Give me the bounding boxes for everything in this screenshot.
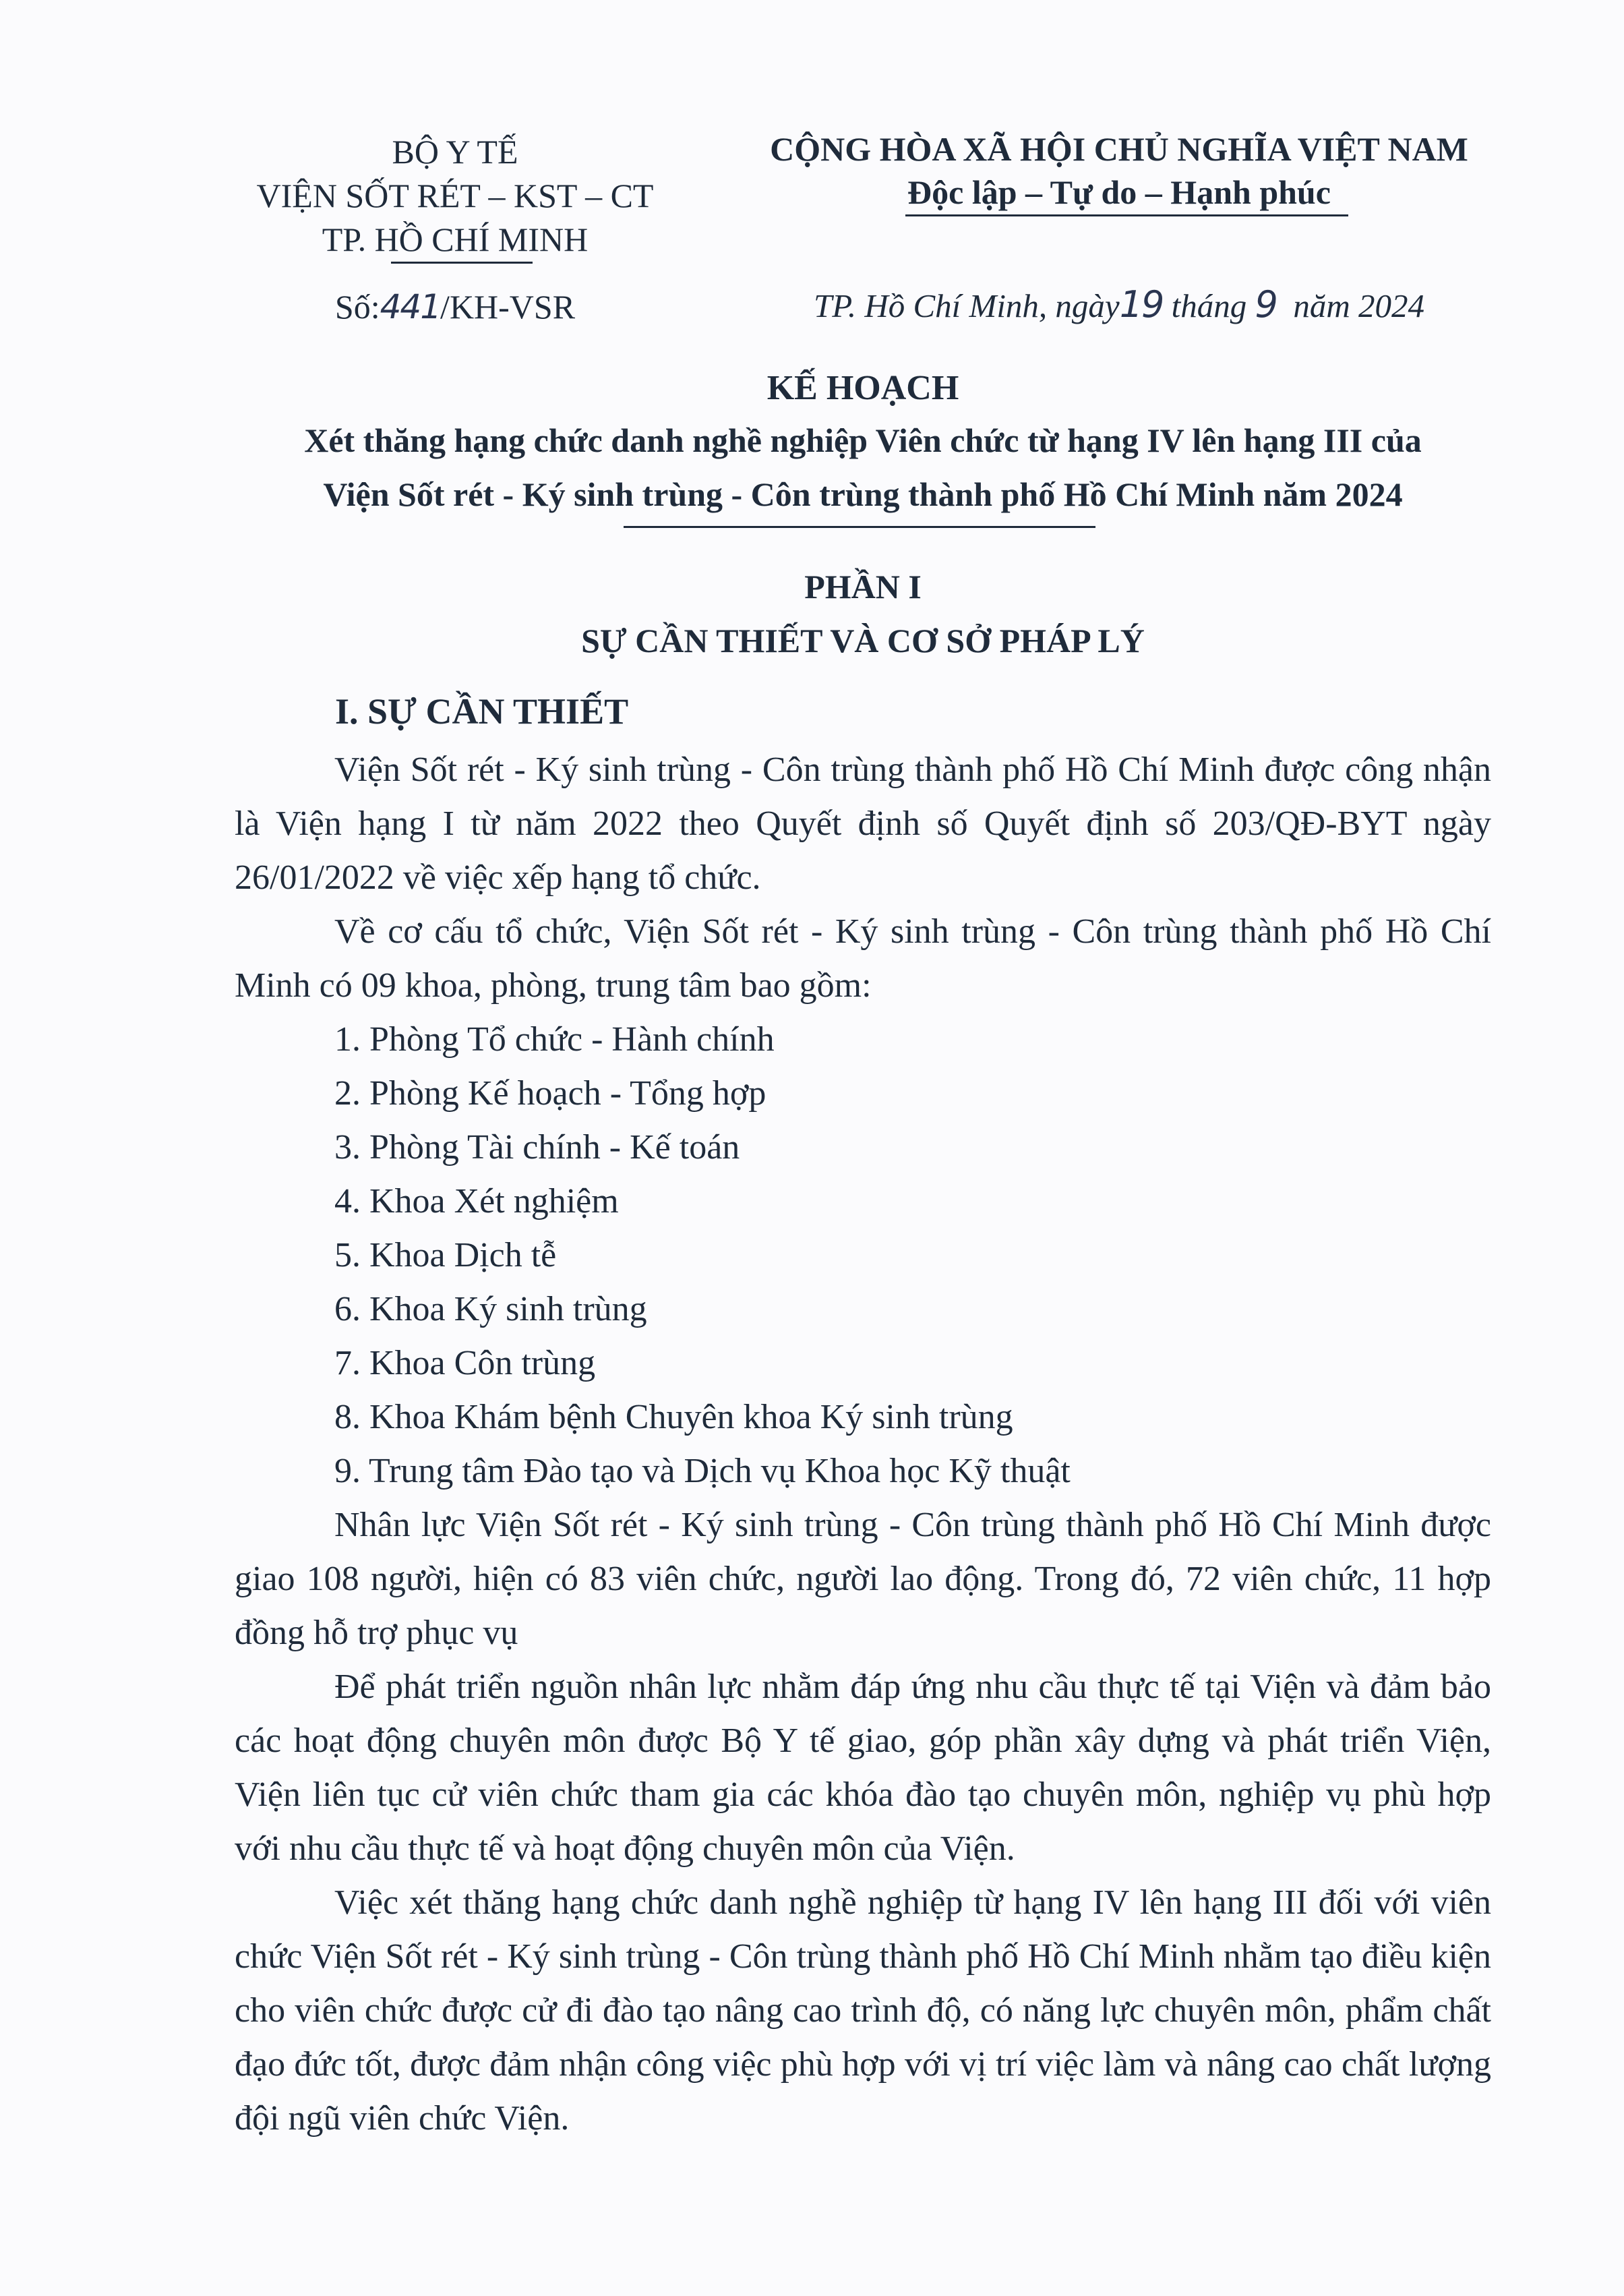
date-year: năm 2024 [1293,287,1424,324]
document-number: Số:441/KH-VSR [222,290,688,324]
department-item: 8. Khoa Khám bệnh Chuyên khoa Ký sinh tr… [235,1390,1491,1444]
department-item: 4. Khoa Xét nghiệm [235,1175,1491,1229]
title-underline [624,526,1095,528]
part-label: PHẦN I [235,570,1491,604]
department-item: 7. Khoa Côn trùng [235,1336,1491,1390]
doc-number-prefix: Số: [335,288,380,326]
doc-number-suffix: /KH-VSR [440,288,575,326]
ministry-name: BỘ Y TẾ [222,135,688,169]
document-subtitle-line1: Xét thăng hạng chức danh nghề nghiệp Viê… [235,423,1491,457]
document-subtitle-line2: Viện Sốt rét - Ký sinh trùng - Côn trùng… [235,477,1491,511]
section-heading: I. SỰ CẦN THIẾT [335,693,628,730]
date-month-label: tháng [1172,287,1247,324]
department-item: 1. Phòng Tổ chức - Hành chính [235,1013,1491,1067]
paragraph: Nhân lực Viện Sốt rét - Ký sinh trùng - … [235,1498,1491,1660]
department-item: 5. Khoa Dịch tễ [235,1229,1491,1283]
nation-title: CỘNG HÒA XÃ HỘI CHỦ NGHĨA VIỆT NAM [728,132,1510,166]
motto-underline [905,214,1348,216]
department-item: 3. Phòng Tài chính - Kế toán [235,1121,1491,1175]
institute-name: VIỆN SỐT RÉT – KST – CT [222,179,688,212]
department-item: 2. Phòng Kế hoạch - Tổng hợp [235,1067,1491,1121]
part-heading: SỰ CẦN THIẾT VÀ CƠ SỞ PHÁP LÝ [235,624,1491,657]
date-prefix: TP. Hồ Chí Minh, ngày [814,287,1120,324]
date-day-handwritten: 19 [1120,283,1164,326]
paragraph: Việc xét thăng hạng chức danh nghề nghiệ… [235,1876,1491,2146]
section-body: Viện Sốt rét - Ký sinh trùng - Côn trùng… [235,743,1491,2146]
paragraph: Viện Sốt rét - Ký sinh trùng - Côn trùng… [235,743,1491,905]
department-item: 9. Trung tâm Đào tạo và Dịch vụ Khoa học… [235,1444,1491,1498]
national-motto: Độc lập – Tự do – Hạnh phúc [728,175,1510,209]
document-title: KẾ HOẠCH [235,371,1491,406]
header-left-underline [391,262,533,264]
paragraph: Về cơ cấu tổ chức, Viện Sốt rét - Ký sin… [235,905,1491,1013]
paragraph: Để phát triển nguồn nhân lực nhằm đáp ứn… [235,1660,1491,1876]
document-date: TP. Hồ Chí Minh, ngày19 tháng 9 năm 2024 [728,287,1510,323]
department-item: 6. Khoa Ký sinh trùng [235,1283,1491,1336]
date-month-handwritten: 9 [1255,283,1277,326]
doc-number-handwritten: 441 [380,287,440,326]
institute-city: TP. HỒ CHÍ MINH [222,223,688,256]
